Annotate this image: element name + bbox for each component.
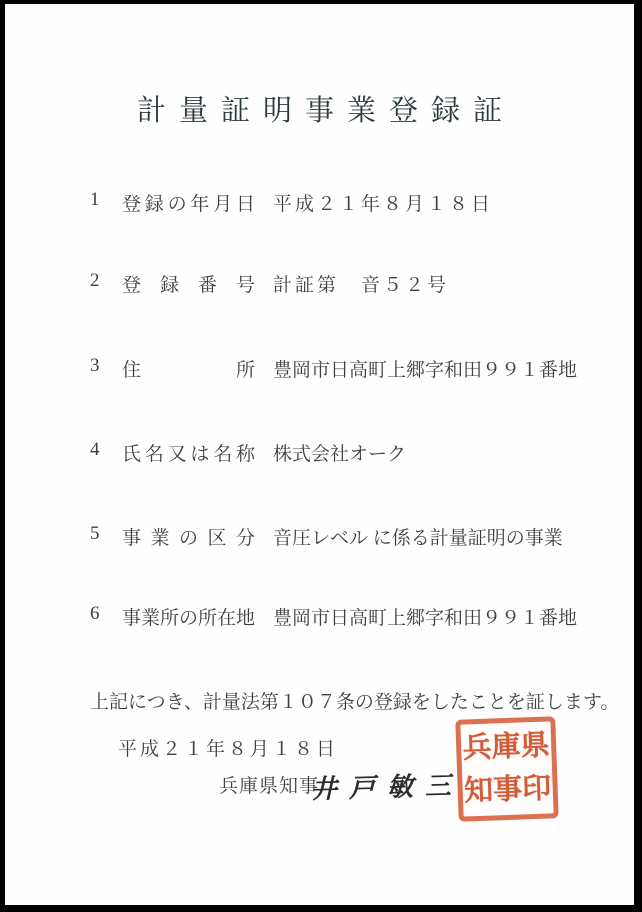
item-label: 事業の区分: [122, 523, 255, 550]
item-value: 株式会社オーク: [273, 439, 406, 466]
certificate-page: 計量証明事業登録証 1 登録の年月日 平成２１年８月１８日 2 登録番号 計証第…: [0, 0, 642, 912]
name-row: 4 氏名又は名称 株式会社オーク: [5, 439, 634, 465]
item-label: 登録番号: [122, 270, 255, 297]
certification-statement: 上記につき、計量法第１０７条の登録をしたことを証します。: [90, 687, 619, 714]
issue-date: 平成２１年８月１８日: [118, 734, 338, 761]
registration-number-row: 2 登録番号 計証第 音５２号: [5, 270, 634, 296]
item-number: 4: [90, 439, 100, 461]
address-row: 3 住所 豊岡市日高町上郷字和田９９１番地: [5, 355, 634, 381]
signer-title: 兵庫県知事: [219, 771, 319, 798]
item-value: 音圧レベル に係る計量証明の事業: [273, 523, 563, 550]
item-number: 6: [90, 603, 100, 625]
item-number: 5: [90, 523, 100, 545]
business-category-row: 5 事業の区分 音圧レベル に係る計量証明の事業: [5, 523, 634, 549]
item-number: 1: [90, 189, 100, 211]
seal-text-bottom: 知事印: [463, 774, 552, 806]
office-location-row: 6 事業所の所在地 豊岡市日高町上郷字和田９９１番地: [5, 603, 634, 629]
item-value: 豊岡市日高町上郷字和田９９１番地: [273, 603, 577, 630]
registration-date-row: 1 登録の年月日 平成２１年８月１８日: [5, 189, 634, 215]
page-title: 計量証明事業登録証: [5, 88, 634, 129]
seal-text-top: 兵庫県: [462, 731, 551, 763]
item-value: 計証第 音５２号: [273, 270, 449, 297]
governor-seal-stamp: 兵庫県 知事印: [455, 716, 558, 821]
item-number: 3: [90, 355, 100, 377]
item-value: 豊岡市日高町上郷字和田９９１番地: [273, 355, 577, 382]
item-label: 事業所の所在地: [122, 603, 255, 630]
item-number: 2: [90, 270, 100, 292]
item-label: 住所: [122, 355, 255, 382]
signer-name-signature: 井戸敏三: [311, 765, 464, 806]
item-value: 平成２１年８月１８日: [273, 189, 493, 216]
item-label: 登録の年月日: [122, 189, 255, 216]
item-label: 氏名又は名称: [122, 439, 255, 466]
